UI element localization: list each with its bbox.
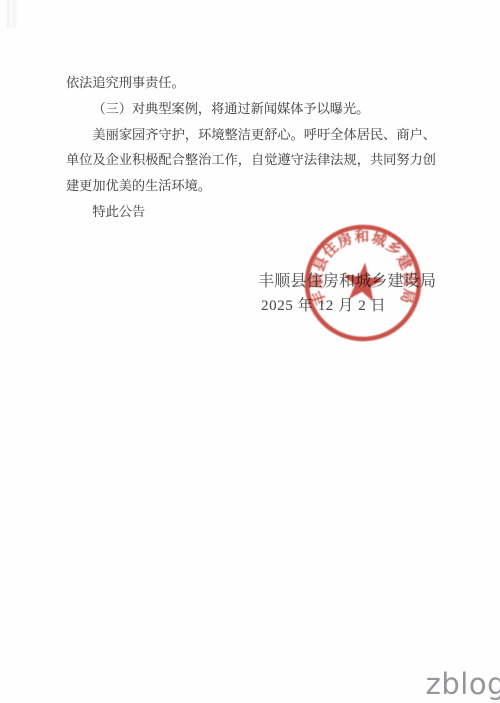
document-page: 依法追究刑事责任。 （三）对典型案例，将通过新闻媒体予以曝光。 美丽家园齐守护，… — [0, 0, 500, 703]
zblog-watermark: zblog — [426, 667, 500, 701]
issuer-name: 丰顺县住房和城乡建设局 — [258, 268, 436, 291]
body-line-4: 单位及企业积极配合整治工作，自觉遵守法律法规，共同努力创 — [66, 147, 436, 173]
body-line-1: 依法追究刑事责任。 — [66, 70, 436, 96]
body-line-2: （三）对典型案例，将通过新闻媒体予以曝光。 — [66, 96, 436, 122]
body-line-3: 美丽家园齐守护，环境整洁更舒心。呼吁全体居民、商户、 — [66, 122, 436, 148]
issue-date: 2025 年 12 月 2 日 — [261, 294, 386, 315]
announcement-body: 依法追究刑事责任。 （三）对典型案例，将通过新闻媒体予以曝光。 美丽家园齐守护，… — [66, 70, 436, 225]
scan-artifact — [7, 0, 17, 28]
body-line-5: 建更加优美的生活环境。 — [66, 173, 436, 199]
body-line-6: 特此公告 — [66, 199, 436, 225]
